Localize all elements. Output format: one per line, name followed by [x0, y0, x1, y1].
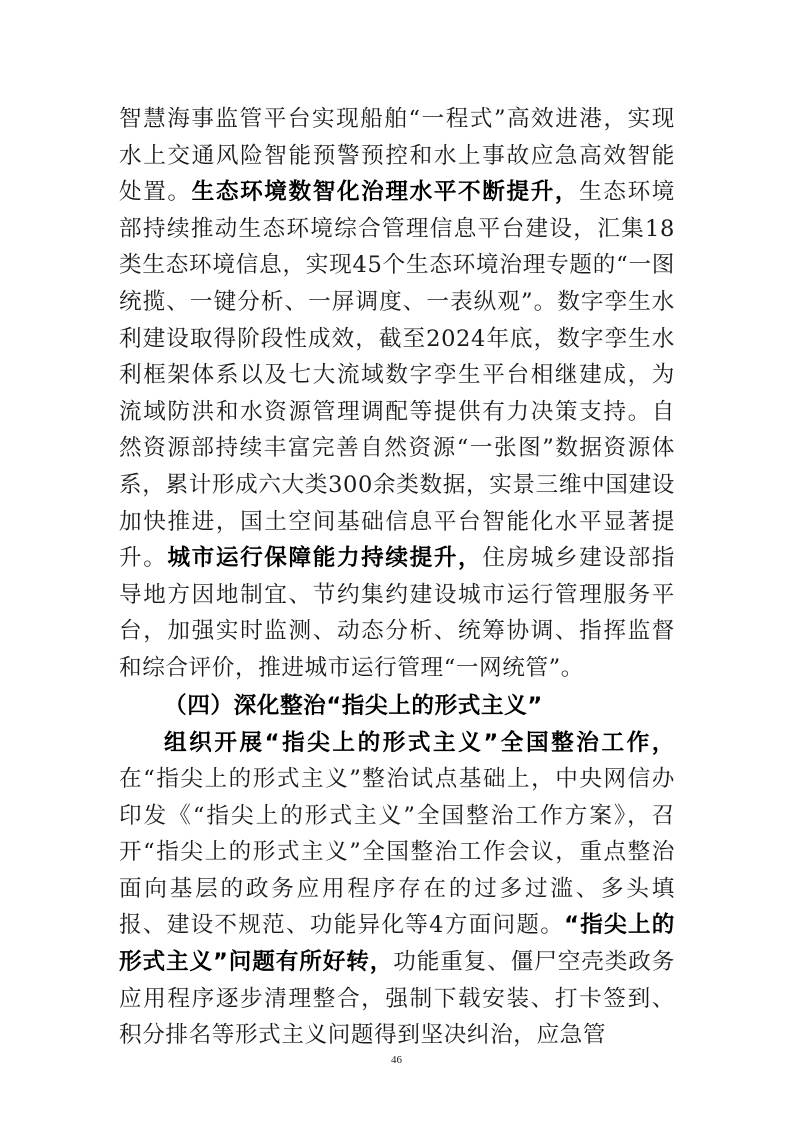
document-page: 智慧海事监管平台实现船舶“一程式”高效进港，实现水上交通风险智能预警预控和水上事… [0, 0, 793, 1122]
page-number: 46 [0, 1054, 793, 1066]
paragraph-digital-governance: 智慧海事监管平台实现船舶“一程式”高效进港，实现水上交通风险智能预警预控和水上事… [119, 101, 675, 687]
bold-lead-city-operation: 城市运行保障能力持续提升， [167, 545, 482, 571]
bold-lead-rectification: 组织开展“指尖上的形式主义”全国整治工作， [164, 730, 675, 756]
paragraph-text: 生态环境部持续推动生态环境综合管理信息平台建设，汇集18类生态环境信息，实现45… [119, 179, 675, 571]
body-text: 智慧海事监管平台实现船舶“一程式”高效进港，实现水上交通风险智能预警预控和水上事… [119, 101, 675, 1054]
bold-lead-ecology: 生态环境数智化治理水平不断提升， [192, 179, 579, 205]
section-heading: （四）深化整治“指尖上的形式主义” [119, 687, 675, 725]
paragraph-formalism-rectification: 组织开展“指尖上的形式主义”全国整治工作，在“指尖上的形式主义”整治试点基础上，… [119, 725, 675, 1054]
